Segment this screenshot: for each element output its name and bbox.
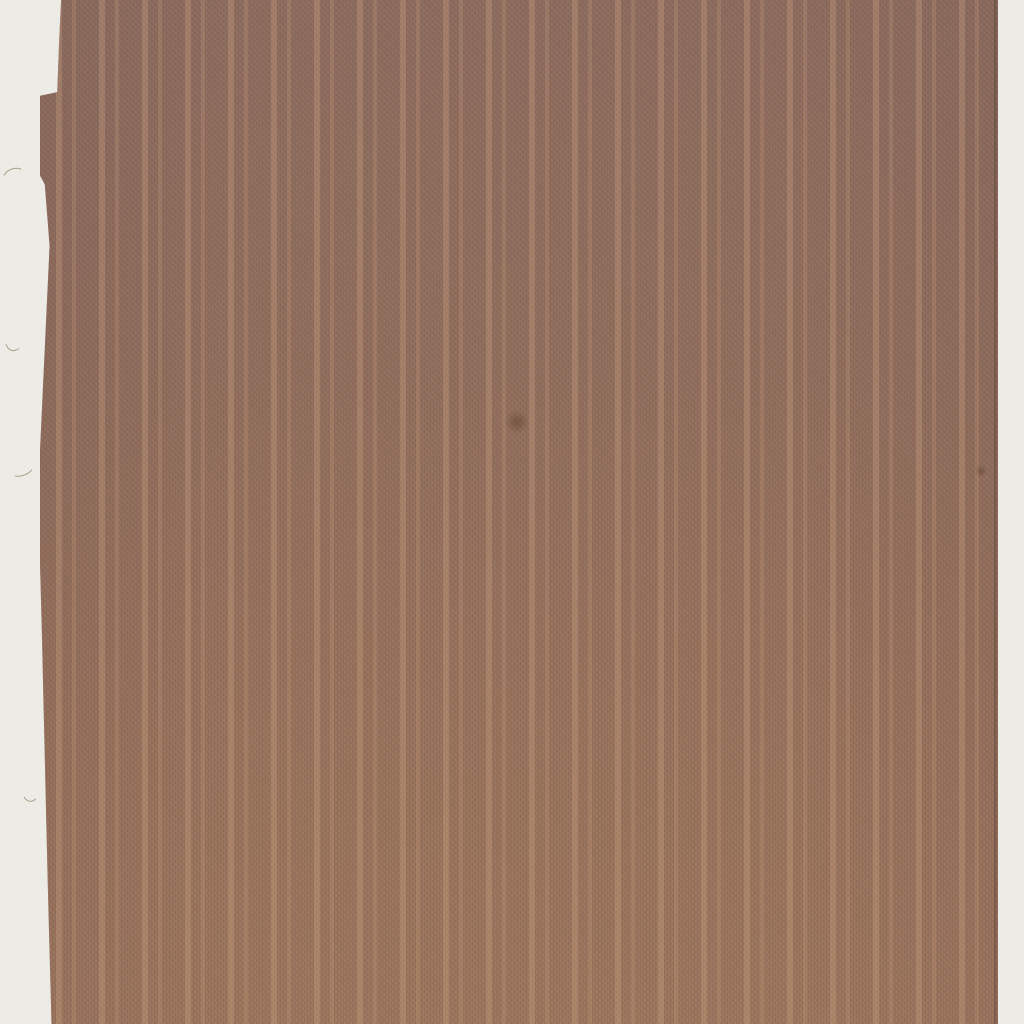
fabric-stain [975,465,987,477]
loose-thread [0,307,36,355]
photo-stage [0,0,1024,1024]
fabric-stain [505,410,529,434]
loose-thread [8,458,35,479]
selvage-edge-shadow [994,0,998,1024]
loose-thread [19,769,44,804]
loose-thread [0,164,31,194]
textile-fragment [40,0,998,1024]
